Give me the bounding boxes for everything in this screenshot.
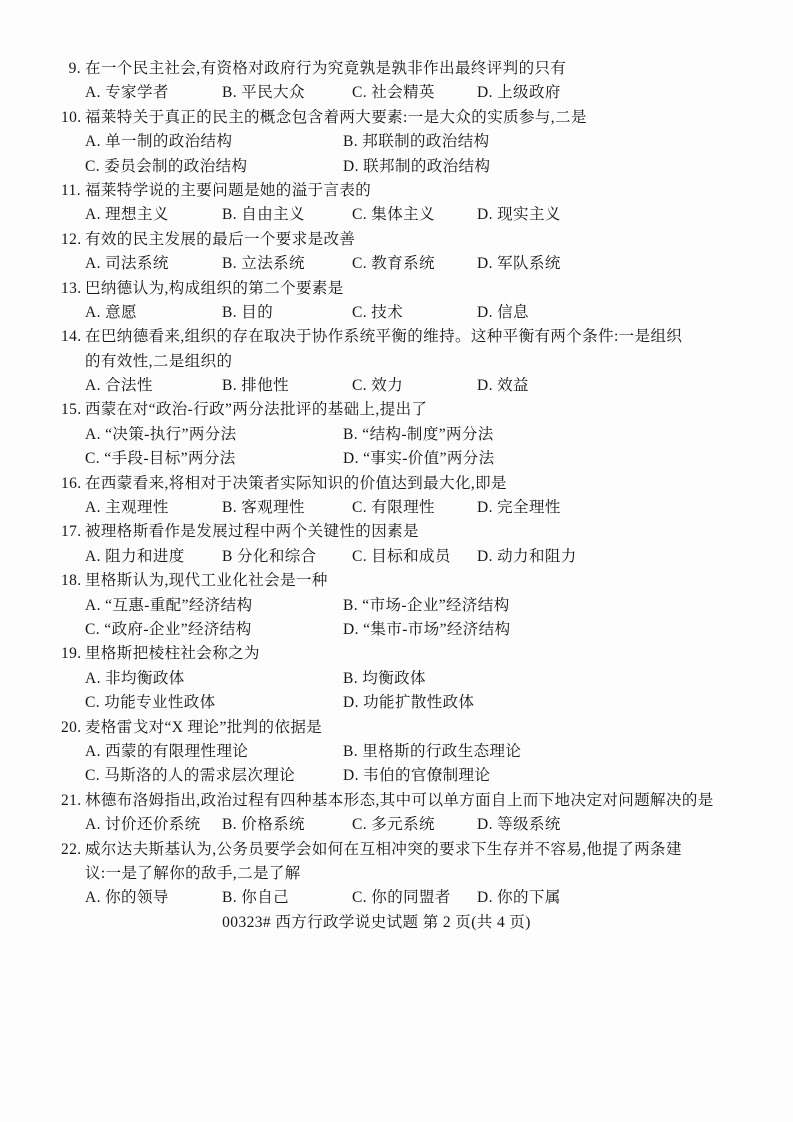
question-15-number: 15.: [61, 398, 85, 422]
question-19-text: 里格斯把棱柱社会称之为: [85, 645, 260, 662]
question-22-stem-line-1: 22.威尔达夫斯基认为,公务员要学会如何在互相冲突的要求下生存并不容易,他提了两…: [0, 838, 793, 862]
question-19-option-d: D. 功能扩散性政体: [343, 691, 474, 715]
question-17-option-c: C. 目标和成员: [352, 545, 451, 569]
question-10-option-d: D. 联邦制的政治结构: [343, 155, 490, 179]
question-15-stem: 15.西蒙在对“政治-行政”两分法批评的基础上,提出了: [0, 398, 793, 422]
question-16-option-d: D. 完全理性: [477, 496, 561, 520]
question-18-option-d: D. “集市-市场”经济结构: [343, 618, 510, 642]
question-14-option-c: C. 效力: [352, 374, 403, 398]
question-22-option-c: C. 你的同盟者: [352, 886, 451, 910]
question-18-options-row-2: C. “政府-企业”经济结构 D. “集市-市场”经济结构: [0, 618, 793, 642]
question-21-number: 21.: [61, 789, 85, 813]
question-14-stem-line-1: 14.在巴纳德看来,组织的存在取决于协作系统平衡的维持。这种平衡有两个条件:一是…: [0, 325, 793, 349]
question-9-option-b: B. 平民大众: [222, 81, 305, 105]
question-13-number: 13.: [61, 277, 85, 301]
question-19-options-row-1: A. 非均衡政体 B. 均衡政体: [0, 667, 793, 691]
question-20-option-c: C. 马斯洛的人的需求层次理论: [85, 764, 295, 788]
question-22-text-line-2: 议:一是了解你的敌手,二是了解: [85, 865, 301, 882]
question-21-option-c: C. 多元系统: [352, 813, 435, 837]
question-9-options: A. 专家学者 B. 平民大众 C. 社会精英 D. 上级政府: [0, 81, 793, 105]
question-10-options-row-2: C. 委员会制的政治结构 D. 联邦制的政治结构: [0, 155, 793, 179]
question-15-option-c: C. “手段-目标”两分法: [85, 447, 236, 471]
page-footer: 00323# 西方行政学说史试题 第 2 页(共 4 页): [0, 911, 793, 935]
question-16-text: 在西蒙看来,将相对于决策者实际知识的价值达到最大化,即是: [85, 475, 507, 492]
question-10-stem: 10.福莱特关于真正的民主的概念包含着两大要素:一是大众的实质参与,二是: [0, 106, 793, 130]
question-22-text-line-1: 威尔达夫斯基认为,公务员要学会如何在互相冲突的要求下生存并不容易,他提了两条建: [85, 841, 682, 858]
question-11-options: A. 理想主义 B. 自由主义 C. 集体主义 D. 现实主义: [0, 203, 793, 227]
question-11-option-c: C. 集体主义: [352, 203, 435, 227]
question-9-option-c: C. 社会精英: [352, 81, 435, 105]
question-19-option-b: B. 均衡政体: [343, 667, 426, 691]
exam-page: 9.在一个民主社会,有资格对政府行为究竟孰是孰非作出最终评判的只有 A. 专家学…: [0, 0, 793, 1122]
question-11-text: 福莱特学说的主要问题是她的溢于言表的: [85, 182, 371, 199]
question-10-option-a: A. 单一制的政治结构: [85, 130, 232, 154]
question-12-text: 有效的民主发展的最后一个要求是改善: [85, 231, 355, 248]
question-18-text: 里格斯认为,现代工业化社会是一种: [85, 572, 328, 589]
question-14-text-line-2: 的有效性,二是组织的: [85, 353, 232, 370]
question-21-option-d: D. 等级系统: [477, 813, 561, 837]
question-17-number: 17.: [61, 520, 85, 544]
question-13-options: A. 意愿 B. 目的 C. 技术 D. 信息: [0, 301, 793, 325]
question-13-option-b: B. 目的: [222, 301, 273, 325]
question-16-stem: 16.在西蒙看来,将相对于决策者实际知识的价值达到最大化,即是: [0, 472, 793, 496]
question-16-option-c: C. 有限理性: [352, 496, 435, 520]
question-18-options-row-1: A. “互惠-重配”经济结构 B. “市场-企业”经济结构: [0, 594, 793, 618]
question-17-options: A. 阻力和进度 B 分化和综合 C. 目标和成员 D. 动力和阻力: [0, 545, 793, 569]
question-22-number: 22.: [61, 838, 85, 862]
question-15-options-row-2: C. “手段-目标”两分法 D. “事实-价值”两分法: [0, 447, 793, 471]
question-12-option-b: B. 立法系统: [222, 252, 305, 276]
question-10-option-c: C. 委员会制的政治结构: [85, 155, 247, 179]
question-18-stem: 18.里格斯认为,现代工业化社会是一种: [0, 569, 793, 593]
question-14-text-line-1: 在巴纳德看来,组织的存在取决于协作系统平衡的维持。这种平衡有两个条件:一是组织: [85, 328, 682, 345]
question-22-options: A. 你的领导 B. 你自己 C. 你的同盟者 D. 你的下属: [0, 886, 793, 910]
question-12-option-a: A. 司法系统: [85, 252, 169, 276]
question-22-option-b: B. 你自己: [222, 886, 289, 910]
question-20-option-b: B. 里格斯的行政生态理论: [343, 740, 521, 764]
question-17-option-a: A. 阻力和进度: [85, 545, 185, 569]
question-20-option-a: A. 西蒙的有限理性理论: [85, 740, 248, 764]
question-13-option-d: D. 信息: [477, 301, 529, 325]
question-18-option-a: A. “互惠-重配”经济结构: [85, 594, 252, 618]
question-21-options: A. 讨价还价系统 B. 价格系统 C. 多元系统 D. 等级系统: [0, 813, 793, 837]
question-10-option-b: B. 邦联制的政治结构: [343, 130, 490, 154]
question-11-stem: 11.福莱特学说的主要问题是她的溢于言表的: [0, 179, 793, 203]
question-14-number: 14.: [61, 325, 85, 349]
question-9-option-d: D. 上级政府: [477, 81, 561, 105]
question-15-option-d: D. “事实-价值”两分法: [343, 447, 495, 471]
question-13-option-a: A. 意愿: [85, 301, 137, 325]
question-20-number: 20.: [61, 716, 85, 740]
question-12-number: 12.: [61, 228, 85, 252]
question-17-text: 被理格斯看作是发展过程中两个关键性的因素是: [85, 523, 419, 540]
question-19-option-a: A. 非均衡政体: [85, 667, 185, 691]
question-20-option-d: D. 韦伯的官僚制理论: [343, 764, 490, 788]
question-11-number: 11.: [61, 179, 85, 203]
question-16-option-a: A. 主观理性: [85, 496, 169, 520]
question-21-stem: 21.林德布洛姆指出,政治过程有四种基本形态,其中可以单方面自上而下地决定对问题…: [0, 789, 793, 813]
question-12-option-c: C. 教育系统: [352, 252, 435, 276]
question-17-stem: 17.被理格斯看作是发展过程中两个关键性的因素是: [0, 520, 793, 544]
question-20-options-row-2: C. 马斯洛的人的需求层次理论 D. 韦伯的官僚制理论: [0, 764, 793, 788]
question-20-text: 麦格雷戈对“X 理论”批判的依据是: [85, 719, 322, 736]
question-19-stem: 19.里格斯把棱柱社会称之为: [0, 642, 793, 666]
question-22-option-d: D. 你的下属: [477, 886, 561, 910]
question-15-text: 西蒙在对“政治-行政”两分法批评的基础上,提出了: [85, 401, 427, 418]
question-9-text: 在一个民主社会,有资格对政府行为究竟孰是孰非作出最终评判的只有: [85, 60, 566, 77]
question-22-stem-line-2: 议:一是了解你的敌手,二是了解: [0, 862, 793, 886]
question-9-number: 9.: [61, 57, 85, 81]
question-9-stem: 9.在一个民主社会,有资格对政府行为究竟孰是孰非作出最终评判的只有: [0, 57, 793, 81]
question-12-stem: 12.有效的民主发展的最后一个要求是改善: [0, 228, 793, 252]
question-14-stem-line-2: 的有效性,二是组织的: [0, 350, 793, 374]
question-14-option-b: B. 排他性: [222, 374, 289, 398]
question-21-text: 林德布洛姆指出,政治过程有四种基本形态,其中可以单方面自上而下地决定对问题解决的…: [85, 792, 714, 809]
question-14-options: A. 合法性 B. 排他性 C. 效力 D. 效益: [0, 374, 793, 398]
question-16-option-b: B. 客观理性: [222, 496, 305, 520]
question-15-option-b: B. “结构-制度”两分法: [343, 423, 494, 447]
question-14-option-a: A. 合法性: [85, 374, 153, 398]
question-11-option-d: D. 现实主义: [477, 203, 561, 227]
question-14-option-d: D. 效益: [477, 374, 529, 398]
question-20-options-row-1: A. 西蒙的有限理性理论 B. 里格斯的行政生态理论: [0, 740, 793, 764]
question-13-stem: 13.巴纳德认为,构成组织的第二个要素是: [0, 277, 793, 301]
exam-content: 9.在一个民主社会,有资格对政府行为究竟孰是孰非作出最终评判的只有 A. 专家学…: [0, 57, 793, 935]
question-10-options-row-1: A. 单一制的政治结构 B. 邦联制的政治结构: [0, 130, 793, 154]
question-21-option-a: A. 讨价还价系统: [85, 813, 201, 837]
question-15-option-a: A. “决策-执行”两分法: [85, 423, 237, 447]
question-19-number: 19.: [61, 642, 85, 666]
question-16-number: 16.: [61, 472, 85, 496]
question-13-text: 巴纳德认为,构成组织的第二个要素是: [85, 280, 344, 297]
question-13-option-c: C. 技术: [352, 301, 403, 325]
question-19-option-c: C. 功能专业性政体: [85, 691, 216, 715]
question-18-number: 18.: [61, 569, 85, 593]
question-11-option-a: A. 理想主义: [85, 203, 169, 227]
question-17-option-d: D. 动力和阻力: [477, 545, 577, 569]
question-10-text: 福莱特关于真正的民主的概念包含着两大要素:一是大众的实质参与,二是: [85, 109, 587, 126]
question-20-stem: 20.麦格雷戈对“X 理论”批判的依据是: [0, 716, 793, 740]
question-10-number: 10.: [61, 106, 85, 130]
question-9-option-a: A. 专家学者: [85, 81, 169, 105]
question-19-options-row-2: C. 功能专业性政体 D. 功能扩散性政体: [0, 691, 793, 715]
question-17-option-b: B 分化和综合: [222, 545, 317, 569]
question-18-option-b: B. “市场-企业”经济结构: [343, 594, 510, 618]
question-16-options: A. 主观理性 B. 客观理性 C. 有限理性 D. 完全理性: [0, 496, 793, 520]
question-11-option-b: B. 自由主义: [222, 203, 305, 227]
question-15-options-row-1: A. “决策-执行”两分法 B. “结构-制度”两分法: [0, 423, 793, 447]
question-18-option-c: C. “政府-企业”经济结构: [85, 618, 252, 642]
question-12-options: A. 司法系统 B. 立法系统 C. 教育系统 D. 军队系统: [0, 252, 793, 276]
question-22-option-a: A. 你的领导: [85, 886, 169, 910]
question-12-option-d: D. 军队系统: [477, 252, 561, 276]
page-footer-text: 00323# 西方行政学说史试题 第 2 页(共 4 页): [222, 914, 531, 931]
question-21-option-b: B. 价格系统: [222, 813, 305, 837]
